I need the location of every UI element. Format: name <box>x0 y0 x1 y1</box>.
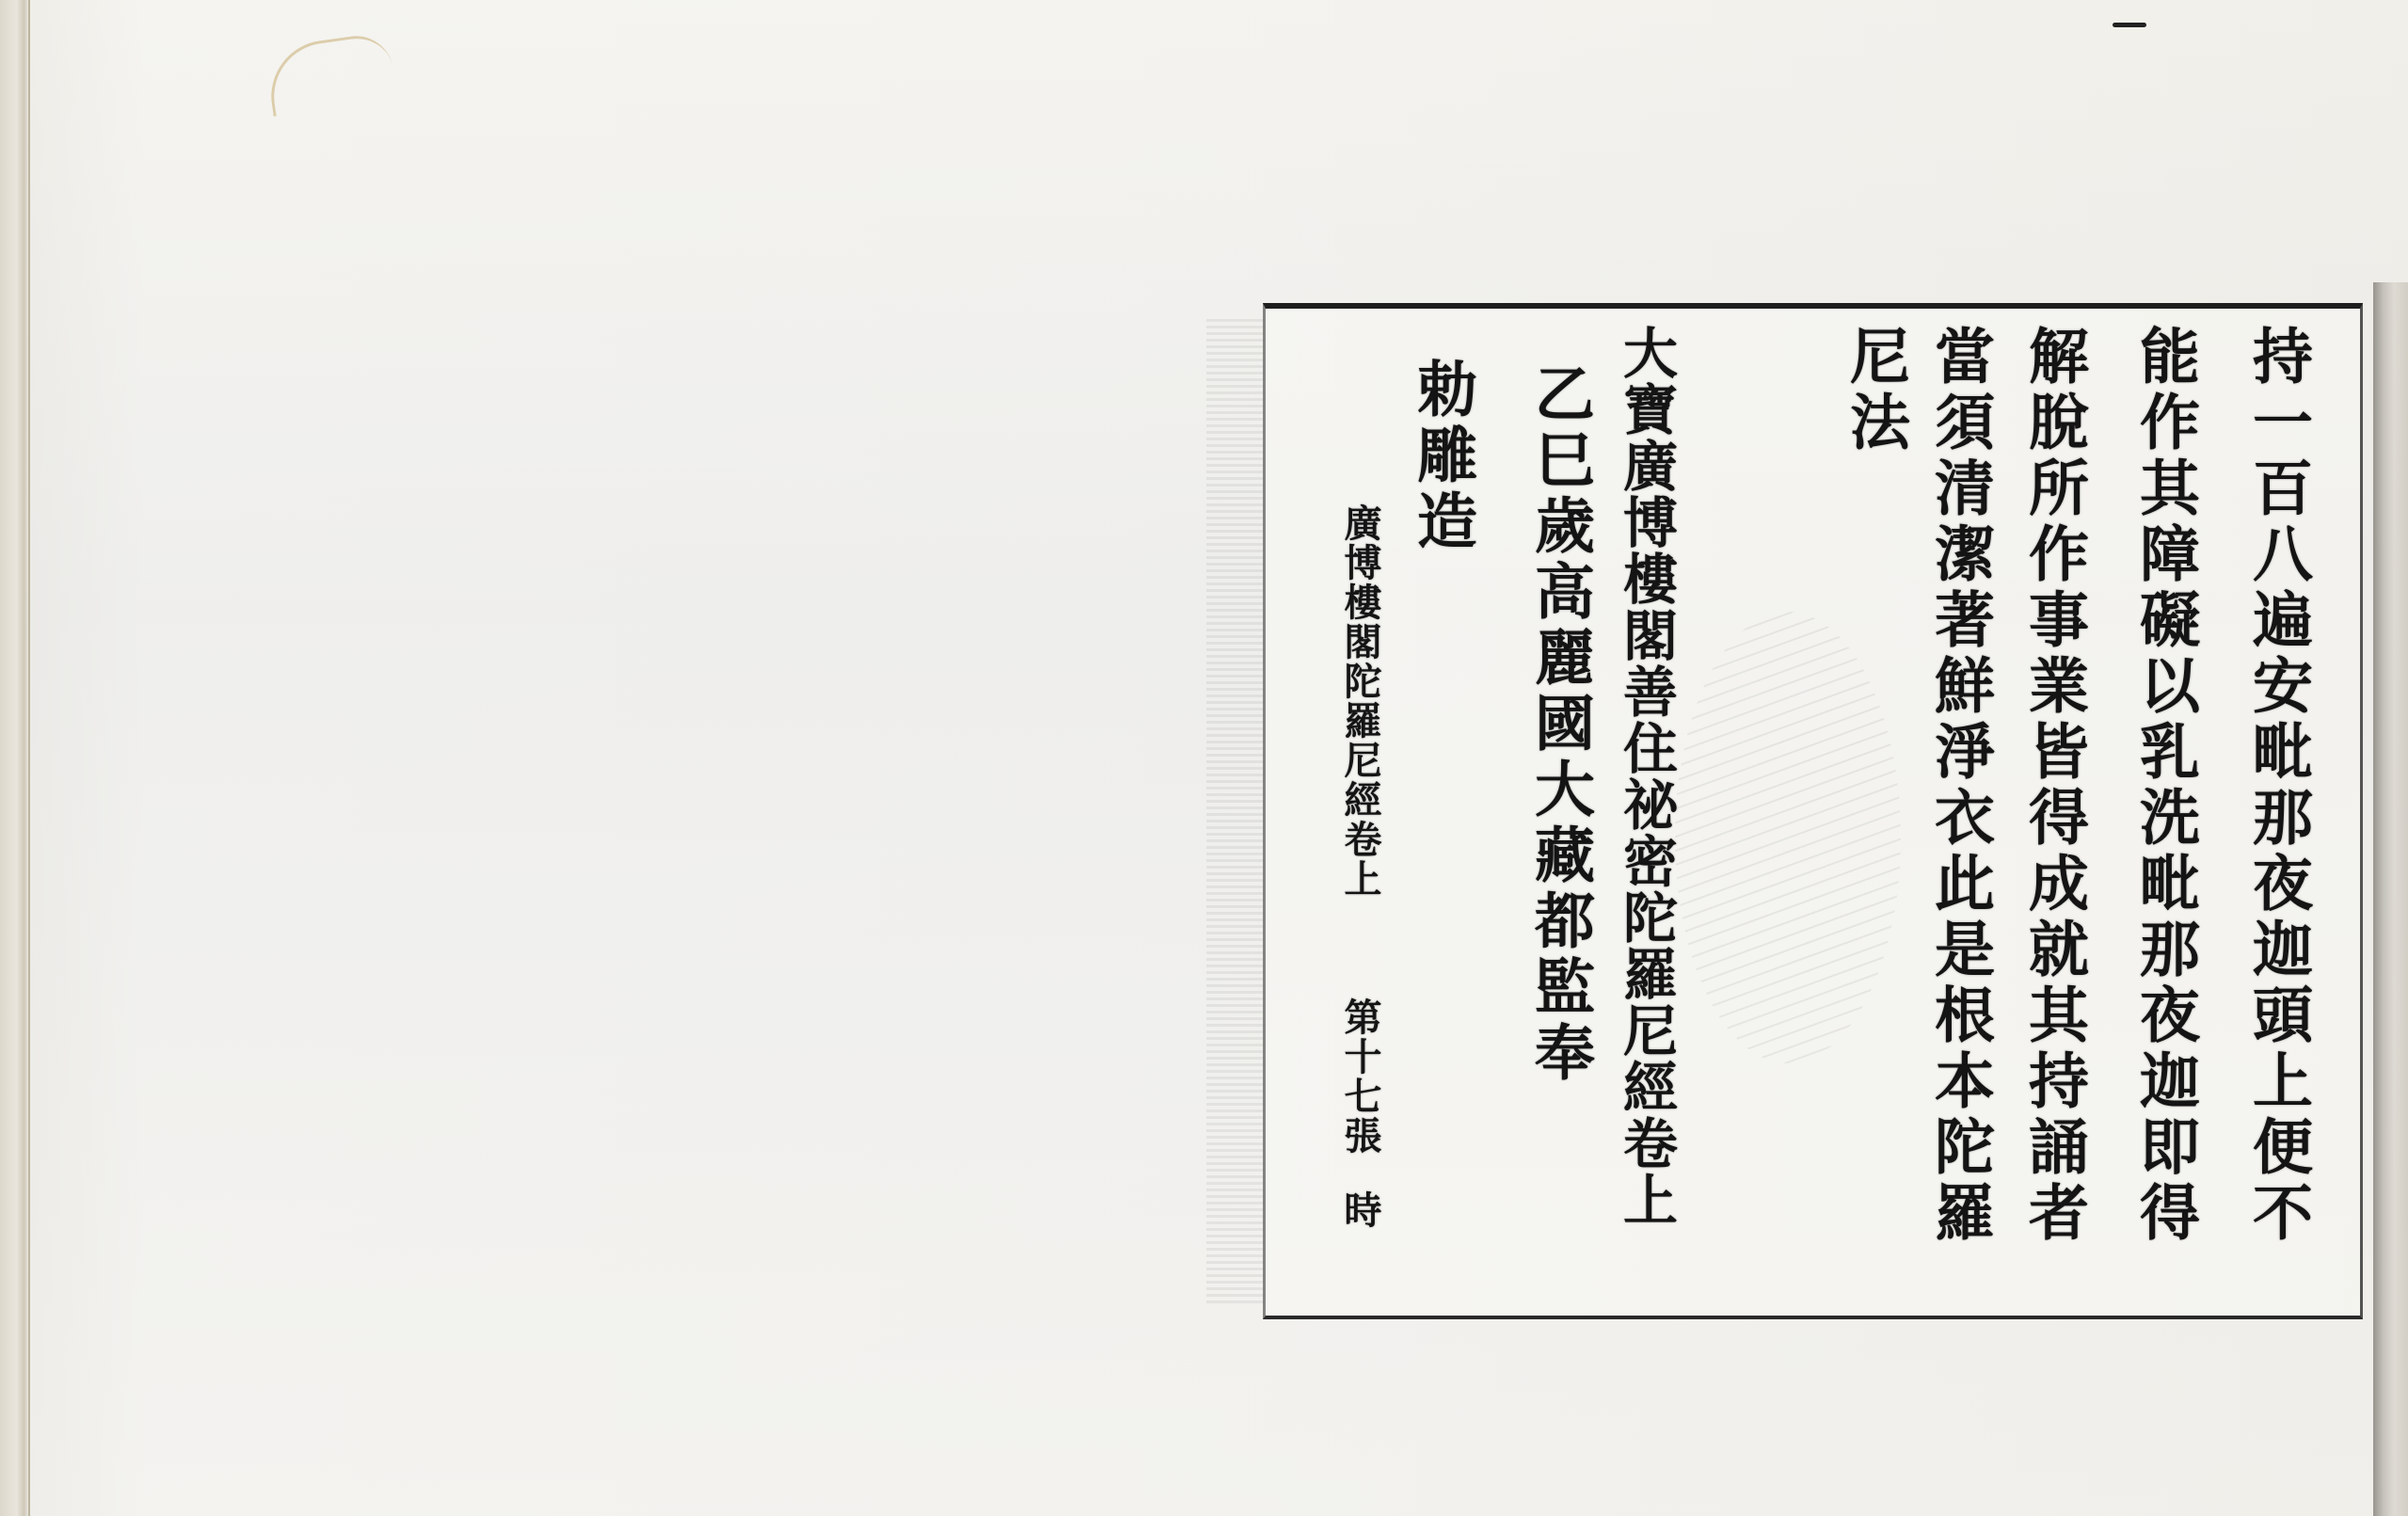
left-binding-edge <box>0 0 30 1516</box>
show-through-ink <box>1675 612 1901 1063</box>
ink-bleed-border <box>1206 315 1265 1303</box>
text-column-2: 能作其障礙以乳洗毗那夜迦即得 <box>2134 325 2194 1247</box>
sutra-title-column: 大寶廣博樓閣善住祕密陀羅尼經卷上 <box>1619 325 1673 1228</box>
text-column-1: 持一百八遍安毗那夜迦頭上便不 <box>2247 325 2307 1247</box>
scanned-page: 持一百八遍安毗那夜迦頭上便不 能作其障礙以乳洗毗那夜迦即得 解脫所作事業皆得成就… <box>0 0 2408 1516</box>
right-binding-edge <box>2373 282 2408 1516</box>
text-column-4: 當須清潔著鮮淨衣此是根本陀羅 <box>1929 325 1989 1247</box>
text-column-5: 尼法 <box>1844 325 1905 456</box>
colophon-year-column: 乙巳歲高麗國大藏都監奉 <box>1529 362 1589 1087</box>
margin-title: 廣博樓閣陀羅尼經卷上 <box>1341 503 1379 899</box>
text-column-3: 解脫所作事業皆得成就其持誦者 <box>2023 325 2083 1247</box>
carver-name: 時 <box>1341 1190 1379 1230</box>
paper-stain <box>264 31 398 117</box>
colophon-decree-column: 勅雕造 <box>1411 358 1472 555</box>
ink-mark <box>2113 23 2146 27</box>
leaf-number: 第十七張 <box>1341 997 1379 1156</box>
